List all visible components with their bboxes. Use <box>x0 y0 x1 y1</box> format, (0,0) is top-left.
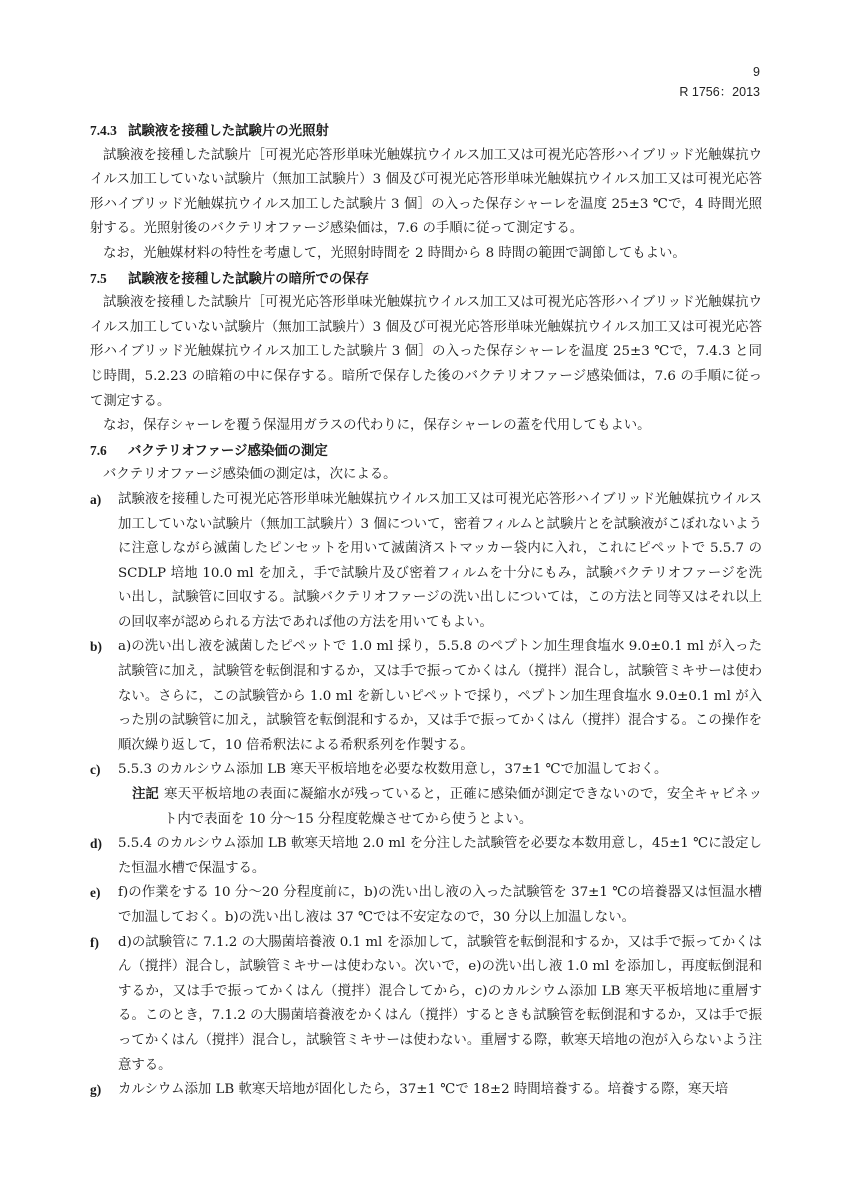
section-title: 試験液を接種した試験片の光照射 <box>128 124 329 139</box>
list-text: 試験液を接種した可視光応答形単味光触媒抗ウイルス加工又は可視光応答形ハイブリッド… <box>118 492 762 630</box>
list-item-f: f) d)の試験管に 7.1.2 の大腸菌培養液 0.1 ml を添加して，試験… <box>90 931 762 1079</box>
paragraph: なお，光触媒材料の特性を考慮して，光照射時間を 2 時間から 8 時間の範囲で調… <box>90 242 762 267</box>
document-body: 7.4.3試験液を接種した試験片の光照射 試験液を接種した試験片［可視光応答形単… <box>90 119 762 1103</box>
list-label: a) <box>90 488 101 513</box>
page-number: 9 <box>679 62 760 82</box>
section-heading-7-5: 7.5試験液を接種した試験片の暗所での保存 <box>90 267 762 292</box>
list-label: e) <box>90 881 100 906</box>
section-title: バクテリオファージ感染価の測定 <box>128 444 328 459</box>
paragraph: 試験液を接種した試験片［可視光応答形単味光触媒抗ウイルス加工又は可視光応答形ハイ… <box>90 144 762 242</box>
list-label: g) <box>90 1078 101 1103</box>
list-item-g: g) カルシウム添加 LB 軟寒天培地が固化したら，37±1 ℃で 18±2 時… <box>90 1078 762 1103</box>
paragraph: バクテリオファージ感染価の測定は，次による。 <box>90 463 762 488</box>
list-text: d)の試験管に 7.1.2 の大腸菌培養液 0.1 ml を添加して，試験管を転… <box>118 935 762 1073</box>
section-heading-7-4-3: 7.4.3試験液を接種した試験片の光照射 <box>90 119 762 144</box>
list-label: b) <box>90 635 102 660</box>
list-item-b: b) a)の洗い出し液を滅菌したピペットで 1.0 ml 採り，5.5.8 のペ… <box>90 635 762 758</box>
section-title: 試験液を接種した試験片の暗所での保存 <box>128 272 369 287</box>
standard-id: R 1756：2013 <box>679 82 760 102</box>
list-label: d) <box>90 832 102 857</box>
section-heading-7-6: 7.6バクテリオファージ感染価の測定 <box>90 439 762 464</box>
paragraph: 試験液を接種した試験片［可視光応答形単味光触媒抗ウイルス加工又は可視光応答形ハイ… <box>90 291 762 414</box>
list-text: 5.5.4 のカルシウム添加 LB 軟寒天培地 2.0 ml を分注した試験管を… <box>118 836 762 876</box>
list-item-a: a) 試験液を接種した可視光応答形単味光触媒抗ウイルス加工又は可視光応答形ハイブ… <box>90 488 762 636</box>
list-item-d: d) 5.5.4 のカルシウム添加 LB 軟寒天培地 2.0 ml を分注した試… <box>90 832 762 881</box>
list-text: カルシウム添加 LB 軟寒天培地が固化したら，37±1 ℃で 18±2 時間培養… <box>118 1082 728 1097</box>
list-text: f)の作業をする 10 分～20 分程度前に，b)の洗い出し液の入った試験管を … <box>118 885 762 925</box>
paragraph: なお，保存シャーレを覆う保湿用ガラスの代わりに，保存シャーレの蓋を代用してもよい… <box>90 414 762 439</box>
page-header: 9 R 1756：2013 <box>679 62 760 102</box>
list-text: 5.5.3 のカルシウム添加 LB 寒天平板培地を必要な枚数用意し，37±1 ℃… <box>118 762 667 777</box>
note: 注記 寒天平板培地の表面に凝縮水が残っていると，正確に感染価が測定できないので，… <box>90 783 762 832</box>
note-label: 注記 <box>132 783 159 808</box>
section-number: 7.6 <box>90 439 128 464</box>
section-number: 7.4.3 <box>90 119 128 144</box>
list-item-c: c) 5.5.3 のカルシウム添加 LB 寒天平板培地を必要な枚数用意し，37±… <box>90 758 762 783</box>
list-label: c) <box>90 758 100 783</box>
note-text: 寒天平板培地の表面に凝縮水が残っていると，正確に感染価が測定できないので，安全キ… <box>164 787 762 827</box>
list-item-e: e) f)の作業をする 10 分～20 分程度前に，b)の洗い出し液の入った試験… <box>90 881 762 930</box>
section-number: 7.5 <box>90 267 128 292</box>
list-label: f) <box>90 931 99 956</box>
list-text: a)の洗い出し液を滅菌したピペットで 1.0 ml 採り，5.5.8 のペプトン… <box>118 639 762 752</box>
